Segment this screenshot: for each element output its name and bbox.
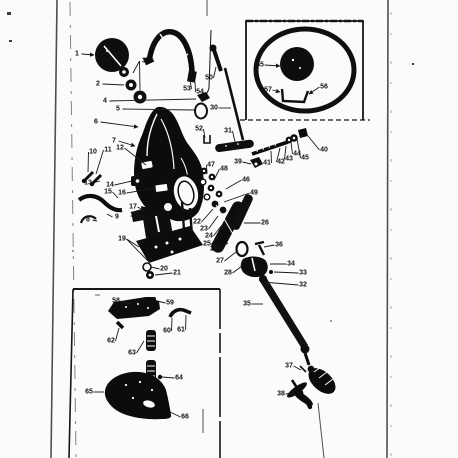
callout-6: 6 — [94, 119, 98, 126]
callout-4: 4 — [103, 98, 107, 105]
callout-leader-5 — [123, 109, 195, 110]
callout-leader-46 — [226, 180, 242, 189]
callout-12: 12 — [116, 145, 124, 152]
scanned-page: 1234567891011121314151617181920212223242… — [0, 0, 458, 458]
co-pilot-spring-tube — [79, 196, 122, 210]
pivot-bolt-head — [298, 128, 308, 138]
pivot-washer-hole — [288, 139, 290, 141]
fuel-pickup-tube — [170, 310, 191, 317]
callout-leader-3 — [133, 61, 140, 73]
wedge-speck — [147, 307, 149, 309]
callout-64: 64 — [175, 375, 183, 382]
plate-washer — [143, 263, 151, 271]
friction-nut-hole — [138, 95, 142, 99]
propeller-blade-lower — [291, 388, 315, 408]
bracket-screw — [269, 270, 273, 274]
tank-cap — [144, 297, 156, 303]
fuel-hose-group — [143, 30, 211, 119]
thrust-o-ring — [237, 242, 248, 256]
callout-31: 31 — [224, 128, 232, 135]
callout-leader-61 — [186, 315, 187, 330]
callout-leader-48 — [214, 169, 220, 180]
washer-upper-hole — [122, 70, 126, 74]
callout-66: 66 — [181, 414, 189, 421]
fuel-hose — [149, 32, 192, 72]
callout-27: 27 — [216, 258, 224, 265]
callout-37: 37 — [285, 363, 293, 370]
callout-58: 58 — [112, 298, 120, 305]
callout-leader-50 — [214, 67, 217, 78]
callout-leader-11 — [96, 150, 104, 174]
callout-33: 33 — [299, 270, 307, 277]
knob-highlight — [106, 50, 108, 52]
tank-speck — [139, 381, 141, 383]
callout-leader-6 — [101, 122, 139, 127]
callout-20: 20 — [160, 266, 168, 273]
callout-5: 5 — [116, 106, 120, 113]
callout-leader-1 — [82, 54, 95, 55]
callout-36: 36 — [275, 242, 283, 249]
tank-speck — [125, 384, 127, 386]
pulley-highlight-dot — [299, 67, 301, 69]
callout-leader-63 — [137, 341, 145, 353]
shaft-knuckle — [301, 345, 310, 354]
plate-hole — [171, 251, 174, 254]
wedge-speck — [125, 306, 127, 308]
mount-washer-hole — [211, 176, 213, 178]
mount-washer — [200, 179, 206, 185]
callout-57: 57 — [264, 87, 272, 94]
callout-leader-66 — [170, 412, 181, 417]
elbow-link-hole — [255, 163, 258, 166]
pivot-washer-hole — [293, 137, 296, 140]
callout-61: 61 — [177, 327, 185, 334]
callout-65: 65 — [85, 389, 93, 396]
callout-leader-9 — [107, 214, 113, 217]
callout-42: 42 — [277, 159, 285, 166]
callout-leader-55 — [265, 65, 281, 66]
callout-55: 55 — [256, 62, 264, 69]
washer-middle-hole — [129, 83, 133, 87]
mount-washer-hole — [210, 187, 212, 189]
tank-speck — [132, 397, 134, 399]
callout-28: 28 — [224, 270, 232, 277]
callout-leader-22 — [202, 209, 214, 222]
callout-24: 24 — [205, 233, 213, 240]
callout-52: 52 — [195, 126, 203, 133]
callout-26: 26 — [261, 220, 269, 227]
callout-34: 34 — [287, 261, 295, 268]
callout-leader-36 — [264, 245, 275, 247]
callout-19: 19 — [118, 236, 126, 243]
starter-spring-clip — [282, 89, 308, 102]
pulley-highlight-dot — [292, 59, 294, 61]
wedge-speck — [137, 303, 139, 305]
callout-13: 13 — [84, 180, 92, 187]
callout-leader-14 — [115, 181, 133, 185]
steering-friction-knob-group — [95, 38, 147, 104]
callout-9: 9 — [115, 214, 119, 221]
housing-lower-boss — [164, 203, 173, 212]
left-page-edge-line — [51, 0, 57, 458]
plate-hole — [179, 238, 182, 241]
propeller-nut — [308, 405, 312, 409]
callout-60: 60 — [163, 328, 171, 335]
callout-29: 29 — [210, 246, 218, 253]
callout-10: 10 — [89, 149, 97, 156]
callout-59: 59 — [166, 300, 174, 307]
callout-8: 8 — [86, 217, 90, 224]
mount-washer-hole — [218, 193, 220, 195]
callout-leader-57 — [273, 90, 281, 92]
callout-56: 56 — [320, 84, 328, 91]
callout-11: 11 — [104, 147, 112, 154]
callout-46: 46 — [242, 177, 250, 184]
callout-leader-60 — [172, 318, 173, 331]
callout-39: 39 — [234, 159, 242, 166]
callout-30: 30 — [210, 105, 218, 112]
inset-recoil-starter — [240, 21, 370, 120]
callout-41: 41 — [263, 160, 271, 167]
callout-54: 54 — [196, 89, 204, 96]
callout-47: 47 — [207, 162, 215, 169]
callout-7: 7 — [112, 138, 116, 145]
callout-leader-23 — [209, 216, 219, 229]
callout-49: 49 — [250, 190, 258, 197]
callout-22: 22 — [193, 219, 201, 226]
callout-43: 43 — [285, 156, 293, 163]
callout-38: 38 — [277, 391, 285, 398]
pivot-bolt-shaft — [252, 142, 288, 154]
hose-end-fitting-right — [187, 70, 197, 82]
mount-washer-hole — [203, 170, 205, 172]
callout-leader-20 — [151, 267, 160, 269]
callout-16: 16 — [118, 190, 126, 197]
o-ring-seal — [195, 104, 207, 119]
callout-62: 62 — [107, 338, 115, 345]
callout-53: 53 — [183, 86, 191, 93]
callout-32: 32 — [299, 282, 307, 289]
propeller-hub — [297, 390, 304, 397]
callout-21: 21 — [173, 270, 181, 277]
callout-48: 48 — [220, 166, 228, 173]
spacer-plate — [155, 183, 169, 193]
inset2-left-edge — [69, 289, 73, 458]
callout-leader-3 — [140, 61, 141, 90]
plate-hole — [155, 246, 158, 249]
elbow-link — [250, 157, 263, 168]
callout-leader-4 — [110, 99, 197, 101]
cable-clip — [140, 160, 153, 170]
callout-leader-27 — [225, 252, 237, 261]
fuel-tank-body — [105, 372, 171, 419]
callout-leader-62 — [116, 328, 120, 341]
prop-shaft-stub — [305, 353, 309, 365]
callout-18: 18 — [130, 212, 138, 219]
inset-fuel-tank — [69, 289, 220, 458]
callout-leader-21 — [155, 273, 173, 275]
shear-pin — [300, 366, 306, 372]
tilt-lock-screw — [255, 242, 264, 255]
callout-leader-8 — [93, 220, 98, 221]
callout-leader-64 — [162, 377, 175, 378]
callout-45: 45 — [301, 155, 309, 162]
callout-leader-39 — [243, 162, 252, 164]
grip-texture-dot — [225, 145, 227, 147]
tank-speck — [151, 389, 153, 391]
tank-screw — [117, 322, 123, 328]
callout-leader-56 — [309, 87, 320, 94]
callout-leader-33 — [274, 272, 299, 273]
callout-leader-28 — [233, 266, 243, 273]
mount-bolt-top — [214, 50, 221, 71]
screen-screw — [158, 375, 162, 379]
callout-leader-41 — [271, 151, 272, 163]
callout-2: 2 — [96, 81, 100, 88]
callout-35: 35 — [243, 301, 251, 308]
callout-50: 50 — [205, 75, 213, 82]
swivel-spool-hole — [136, 179, 140, 183]
callout-leader-2 — [103, 84, 125, 85]
plate-hole — [166, 242, 169, 245]
grip-texture-dot — [237, 143, 239, 145]
bottom-crease-line — [318, 403, 324, 458]
callout-leader-40 — [308, 136, 320, 150]
callout-17: 17 — [129, 204, 137, 211]
gearcase-nose — [308, 366, 315, 373]
callout-23: 23 — [200, 226, 208, 233]
exploded-parts-diagram: 1234567891011121314151617181920212223242… — [0, 0, 458, 458]
plate-nut-hole — [149, 274, 152, 277]
callout-63: 63 — [128, 350, 136, 357]
callout-3: 3 — [142, 58, 146, 65]
callout-1: 1 — [75, 51, 79, 58]
gearcase-prop-group — [285, 363, 340, 409]
callout-15: 15 — [104, 189, 112, 196]
right-page-edge-line — [387, 0, 388, 458]
callout-14: 14 — [106, 182, 114, 189]
mount-washer — [204, 194, 210, 200]
callout-40: 40 — [320, 147, 328, 154]
mount-bolt-top-head — [210, 45, 217, 52]
starter-pulley — [280, 47, 314, 81]
